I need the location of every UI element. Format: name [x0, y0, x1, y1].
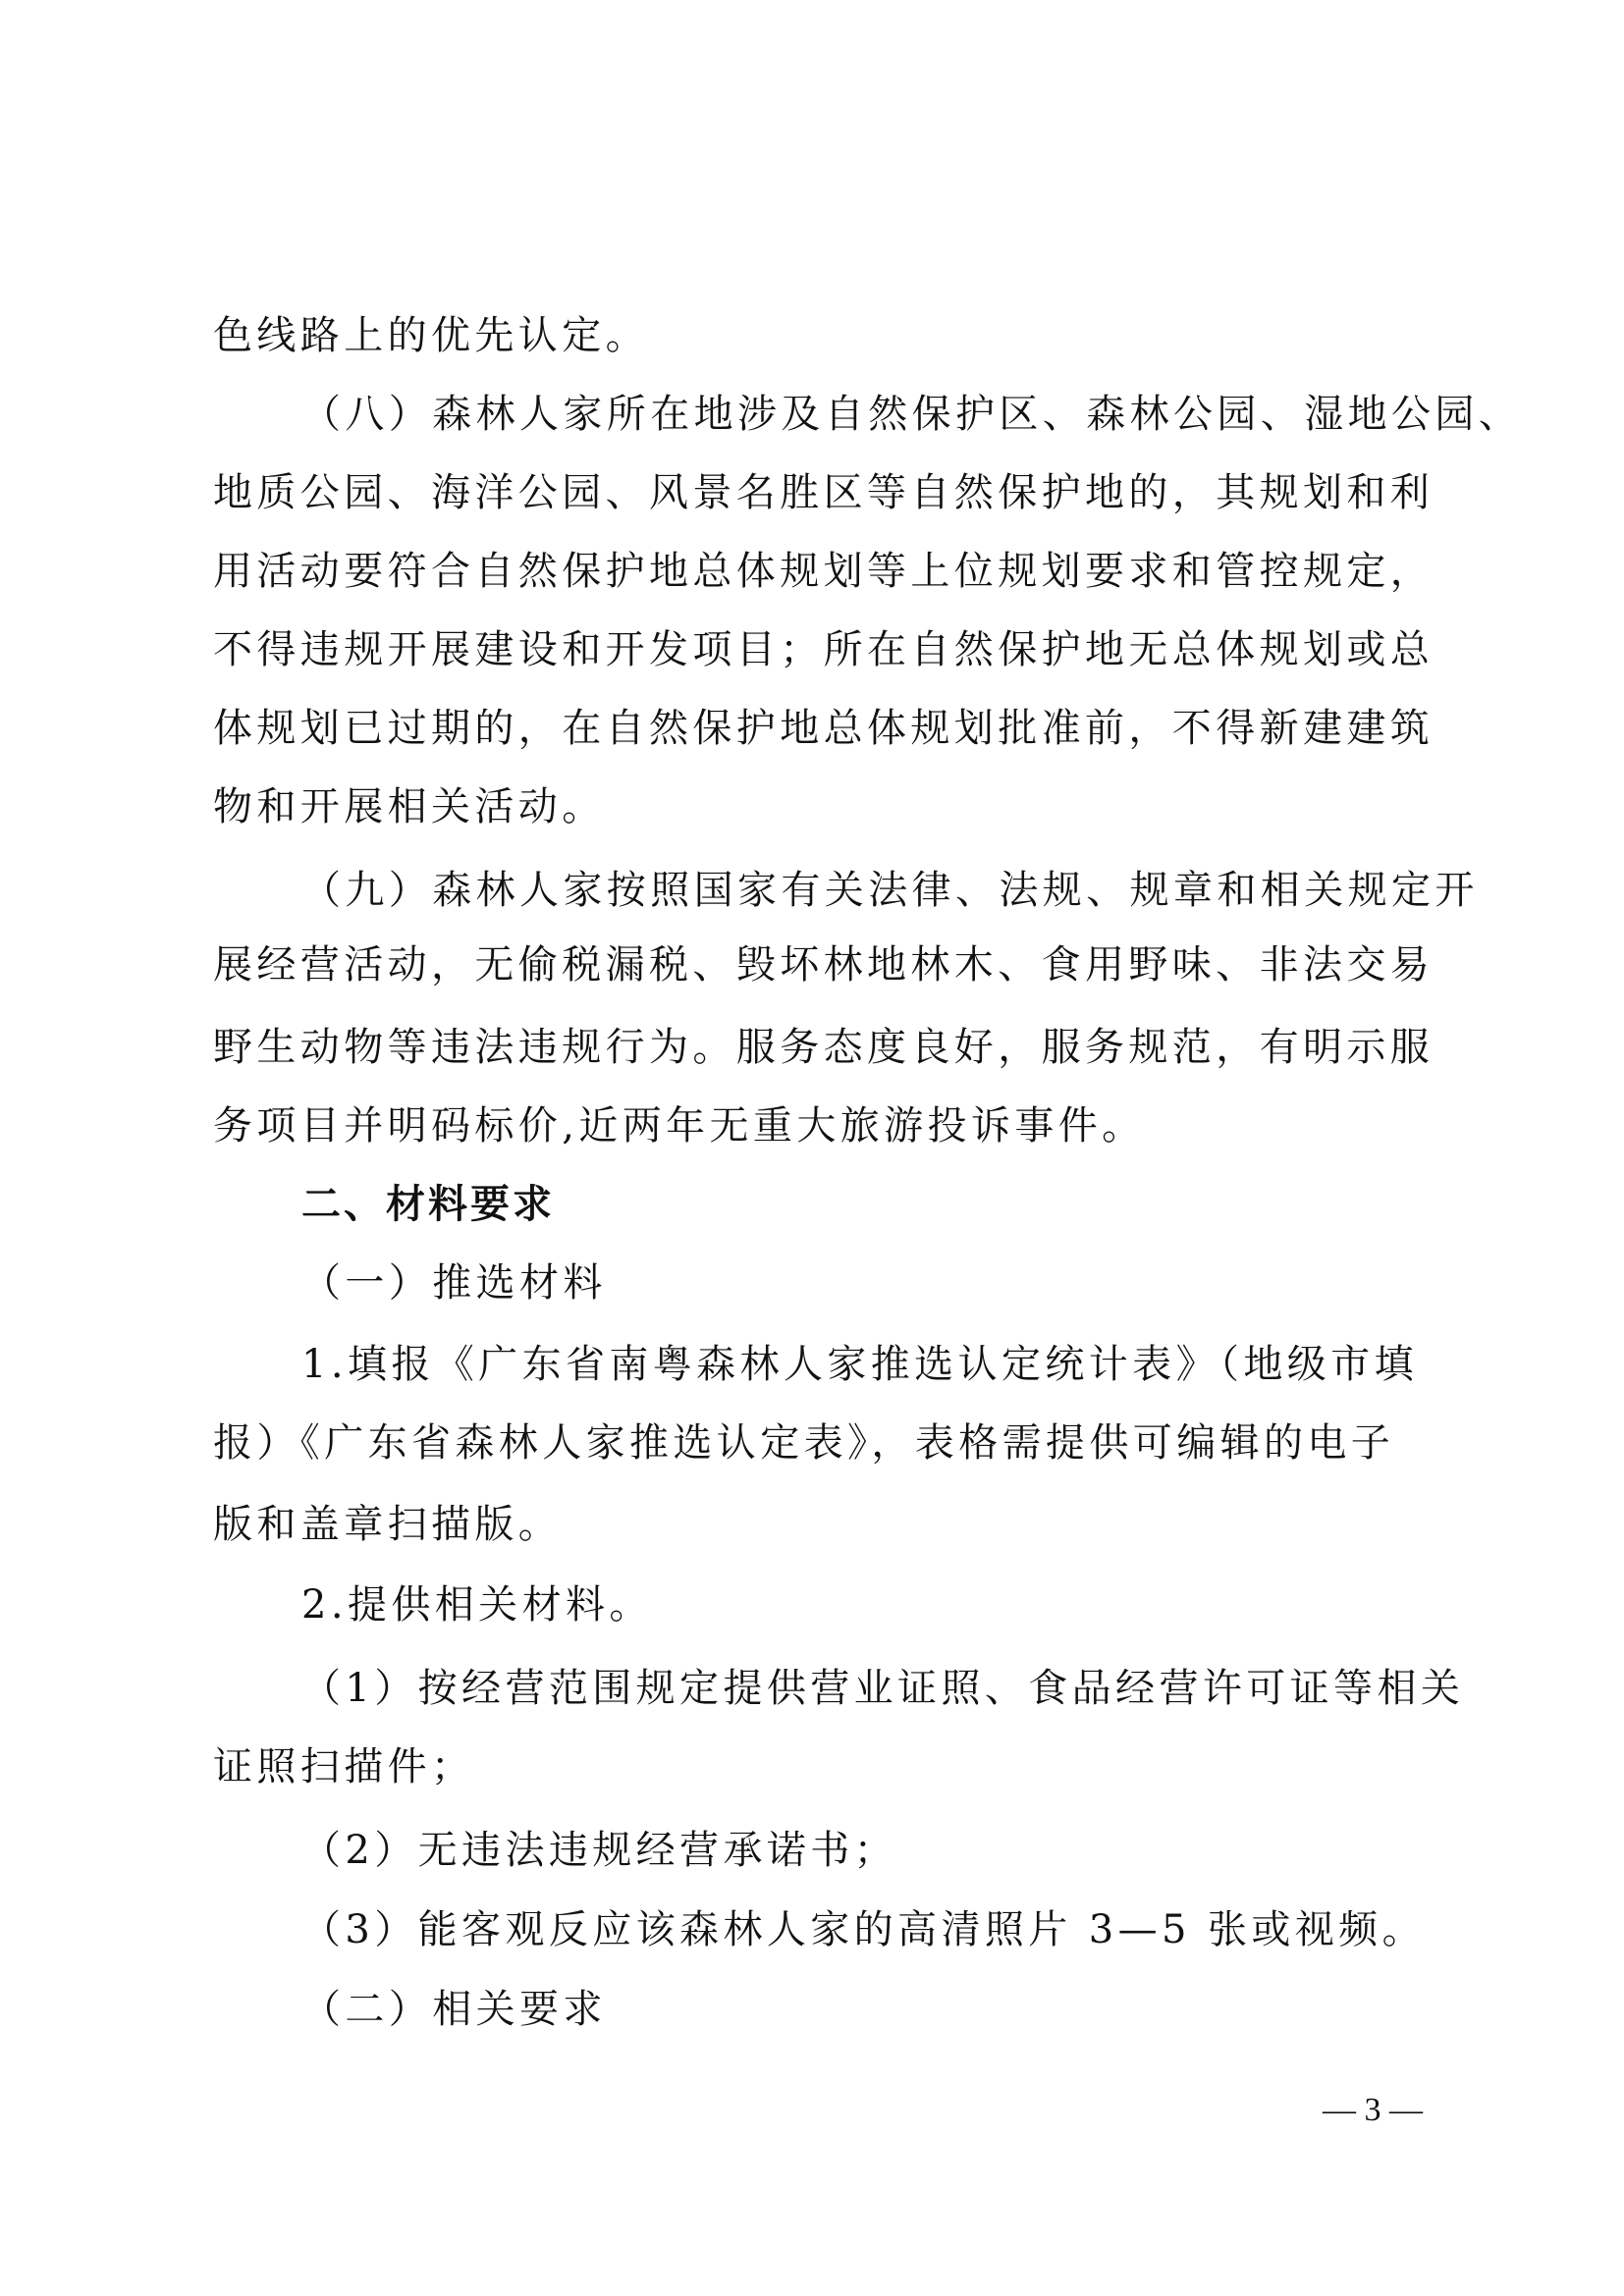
item-1-line-1: 1.填报《广东省南粤森林人家推选认定统计表》（地级市填	[301, 1341, 1418, 1388]
item-1-line-2: 报）《广东省森林人家推选认定表》，表格需提供可编辑的电子	[213, 1419, 1394, 1467]
subsection-heading-2: （二）相关要求	[301, 1986, 607, 2033]
clause-9-line-4: 务项目并明码标价,近两年无重大旅游投诉事件。	[213, 1102, 1146, 1149]
subitem-1-line-2: 证照扫描件；	[213, 1743, 474, 1790]
clause-8-line-1: （八）森林人家所在地涉及自然保护区、森林公园、湿地公园、	[301, 391, 1522, 438]
clause-9-line-3: 野生动物等违法违规行为。服务态度良好，服务规范，有明示服	[213, 1024, 1434, 1071]
clause-8-line-5: 体规划已过期的，在自然保护地总体规划批准前，不得新建建筑	[213, 705, 1434, 752]
body-line-1: 色线路上的优先认定。	[213, 312, 649, 359]
subitem-2: （2）无违法违规经营承诺书；	[301, 1827, 897, 1874]
item-2: 2.提供相关材料。	[301, 1581, 653, 1629]
section-heading: 二、材料要求	[301, 1181, 555, 1228]
clause-9-line-1: （九）森林人家按照国家有关法律、法规、规章和相关规定开	[301, 867, 1479, 914]
item-1-line-3: 版和盖章扫描版。	[213, 1501, 562, 1548]
document-page: 色线路上的优先认定。 （八）森林人家所在地涉及自然保护区、森林公园、湿地公园、 …	[0, 0, 1624, 2296]
clause-8-line-6: 物和开展相关活动。	[213, 783, 606, 830]
subitem-1-line-1: （1）按经营范围规定提供营业证照、食品经营许可证等相关	[301, 1665, 1464, 1712]
clause-8-line-2: 地质公园、海洋公园、风景名胜区等自然保护地的，其规划和利	[213, 469, 1434, 516]
subsection-heading-1: （一）推选材料	[301, 1259, 607, 1307]
subitem-3: （3）能客观反应该森林人家的高清照片 3—5 张或视频。	[301, 1906, 1426, 1953]
page-number: — 3 —	[1306, 2089, 1439, 2132]
clause-8-line-3: 用活动要符合自然保护地总体规划等上位规划要求和管控规定，	[213, 548, 1434, 595]
clause-9-line-2: 展经营活动，无偷税漏税、毁坏林地林木、食用野味、非法交易	[213, 941, 1434, 988]
clause-8-line-4: 不得违规开展建设和开发项目；所在自然保护地无总体规划或总	[213, 626, 1434, 673]
